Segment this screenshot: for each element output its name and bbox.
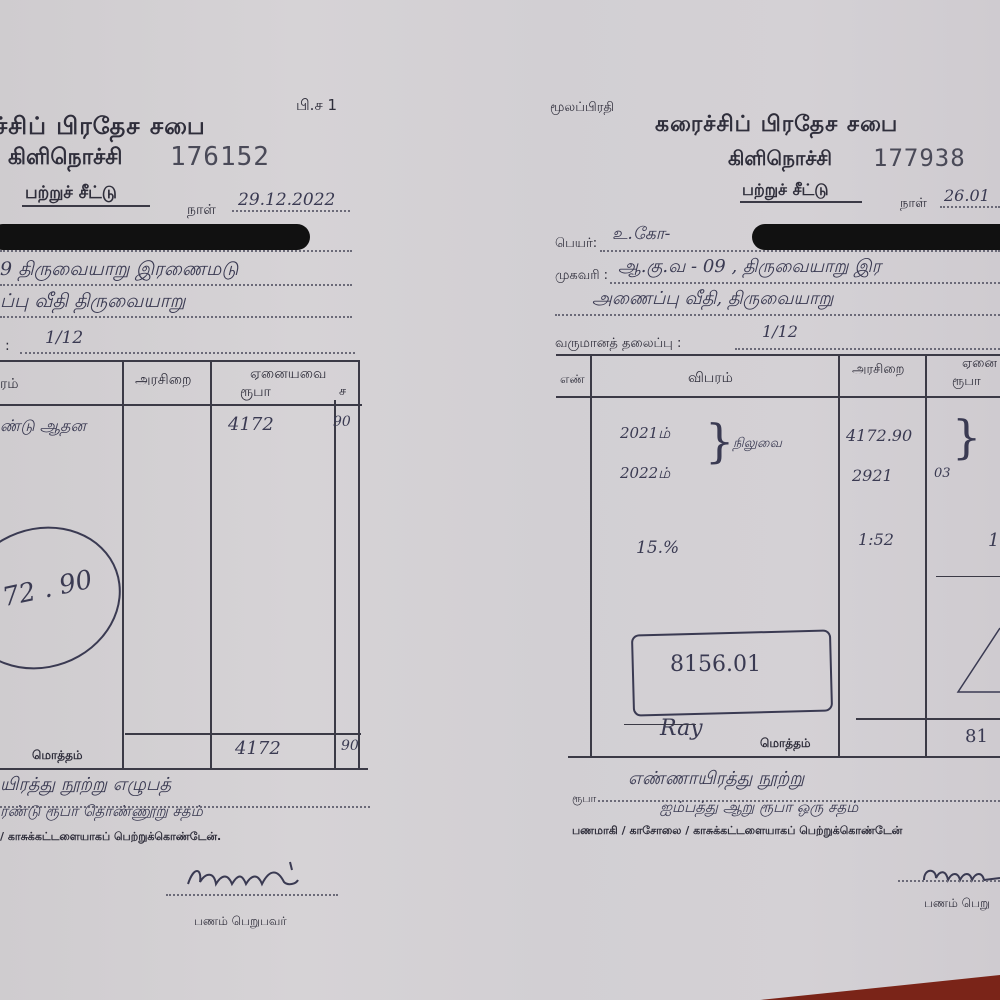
amount-words-line-2: ரண்டு ரூபா தொண்ணூறு சதம்: [0, 802, 203, 822]
col-no-header: எண்: [560, 372, 585, 388]
date-dotted-line: [940, 206, 1000, 208]
total-rupees: 4172: [235, 738, 281, 759]
doc-type-underline: [22, 205, 150, 207]
row-rupees: 4172: [228, 414, 274, 435]
total-cents: 90: [341, 738, 359, 754]
table-top-border: [556, 354, 1000, 356]
col-detail-header: ரம்: [0, 376, 19, 394]
district-name: கிளிநொச்சி: [8, 145, 123, 173]
revenue-dotted-line: [20, 352, 355, 354]
address-dotted-line-2: [0, 316, 352, 318]
table-total-border: [125, 733, 361, 735]
date-label: நாள்: [187, 202, 216, 220]
table-header-border: [556, 396, 1000, 398]
date-value: 26.01: [944, 186, 990, 205]
name-value: உ.கோ-: [612, 224, 670, 246]
table-col-line: [210, 360, 212, 770]
name-label: பெயர்:: [555, 236, 597, 252]
table-bottom-border: [0, 768, 368, 770]
row-detail: 2022ம்: [620, 464, 670, 484]
district-name: கிளிநொச்சி: [728, 146, 832, 173]
signature-mark: [918, 862, 1000, 888]
total-label: மொத்தம்: [32, 748, 83, 764]
row-other: 1: [988, 530, 999, 551]
row-government: 4172.90: [846, 426, 912, 445]
table-col-line: [334, 400, 336, 770]
payee-label: பணம் பெறுபவர்: [194, 914, 287, 930]
row-detail: 2021ம்: [620, 424, 670, 444]
table-col-line: [122, 360, 124, 770]
address-dotted-line-1: [610, 282, 1000, 284]
table-bottom-border: [568, 756, 1000, 758]
council-name: கரைச்சிப் பிரதேச சபை: [655, 112, 898, 140]
col-rupees-header: ரூபா: [952, 374, 981, 390]
paper-background: [0, 0, 1000, 1000]
revenue-head-value: 1/12: [45, 328, 83, 348]
address-dotted-line-1: [0, 284, 352, 286]
table-header-border: [0, 404, 362, 406]
table-col-line: [590, 354, 592, 756]
address-line-1: 9 திருவையாறு இரணைமடு: [0, 258, 238, 283]
initials-stroke: [624, 724, 696, 725]
date-label: நாள்: [900, 196, 927, 212]
serial-number: 176152: [170, 142, 270, 172]
table-right-border: [358, 360, 360, 770]
doc-type: பற்றுச் சீட்டு: [25, 183, 117, 205]
col-government-header: அரசிறை: [135, 372, 192, 390]
address-dotted-line-2: [555, 314, 1000, 316]
doc-type: பற்றுச் சீட்டு: [742, 180, 828, 201]
hand-drawn-triangle: [950, 620, 1000, 700]
payee-label: பணம் பெறு: [924, 896, 990, 912]
address-line-2: ப்பு வீதி திருவையாறு: [0, 290, 186, 315]
name-dotted-line: [600, 250, 1000, 252]
serial-number: 177938: [873, 144, 966, 172]
bracket-mark: }: [705, 418, 734, 464]
bracket-mark: }: [952, 414, 981, 460]
redacted-name: [0, 224, 310, 250]
col-other-header: ஏனையவை: [250, 366, 326, 384]
table-col-line: [925, 354, 927, 756]
council-name: ச்சிப் பிரதேச சபை: [0, 112, 206, 143]
row-detail: ண்டு ஆதன: [0, 416, 86, 437]
received-text: பணமாகி / காசோலை / காசுக்கட்டளையாகப் பெற்…: [572, 824, 902, 839]
redacted-name: [752, 224, 1000, 250]
amount-words-line-1: யிரத்து நூற்று எழுபத்: [0, 774, 171, 797]
signature-dotted-line: [898, 880, 1000, 882]
boxed-total: 8156.01: [670, 652, 761, 677]
date-dotted-line: [232, 210, 350, 212]
received-text: / காசுக்கட்டளையாகப் பெற்றுக்கொண்டேன்.: [0, 830, 221, 845]
initials: Ray: [660, 716, 703, 741]
signature-mark: [180, 856, 340, 896]
row-government: 2921: [852, 466, 893, 485]
row-cents: 03: [934, 466, 951, 481]
amount-words-line-1: எண்ணாயிரத்து நூற்று: [628, 768, 804, 791]
total-other: 81: [965, 726, 988, 747]
bracket-note: நிலுவை: [733, 436, 782, 452]
address-line-1: ஆ.கு.வ - 09 , திருவையாறு இர: [618, 256, 881, 279]
date-value: 29.12.2022: [238, 190, 335, 210]
doc-type-underline: [740, 201, 862, 203]
rupees-label: ரூபா: [572, 792, 596, 807]
row-detail: 15.%: [636, 538, 679, 558]
col-other-header: ஏனை: [962, 356, 997, 372]
signature-dotted-line: [166, 894, 338, 896]
col-cents-header: ச: [339, 384, 346, 400]
row-government: 1:52: [858, 530, 894, 549]
revenue-head-separator: :: [5, 338, 10, 354]
row-cents: 90: [333, 414, 351, 430]
table-top-border: [0, 360, 360, 362]
copy-label: மூலப்பிரதி: [550, 100, 614, 116]
address-label: முகவரி :: [555, 268, 608, 284]
col-rupees-header: ரூபா: [240, 384, 271, 402]
name-dotted-line: [0, 250, 352, 252]
col-detail-header: விபரம்: [688, 370, 733, 388]
form-code: பி.ச 1: [296, 96, 337, 116]
revenue-head-label: வருமானத் தலைப்பு :: [555, 336, 681, 352]
col-government-header: அரசிறை: [852, 362, 905, 378]
hand-drawn-line: [936, 576, 1000, 577]
table-total-border: [856, 718, 1000, 720]
revenue-head-value: 1/12: [762, 322, 798, 341]
table-col-line: [838, 354, 840, 756]
address-line-2: அணைப்பு வீதி, திருவையாறு: [592, 288, 833, 311]
amount-words-line-2: ஐம்பத்து ஆறு ரூபா ஒரு சதம்: [660, 798, 858, 818]
revenue-dotted-line: [735, 348, 1000, 350]
total-label: மொத்தம்: [760, 736, 811, 752]
